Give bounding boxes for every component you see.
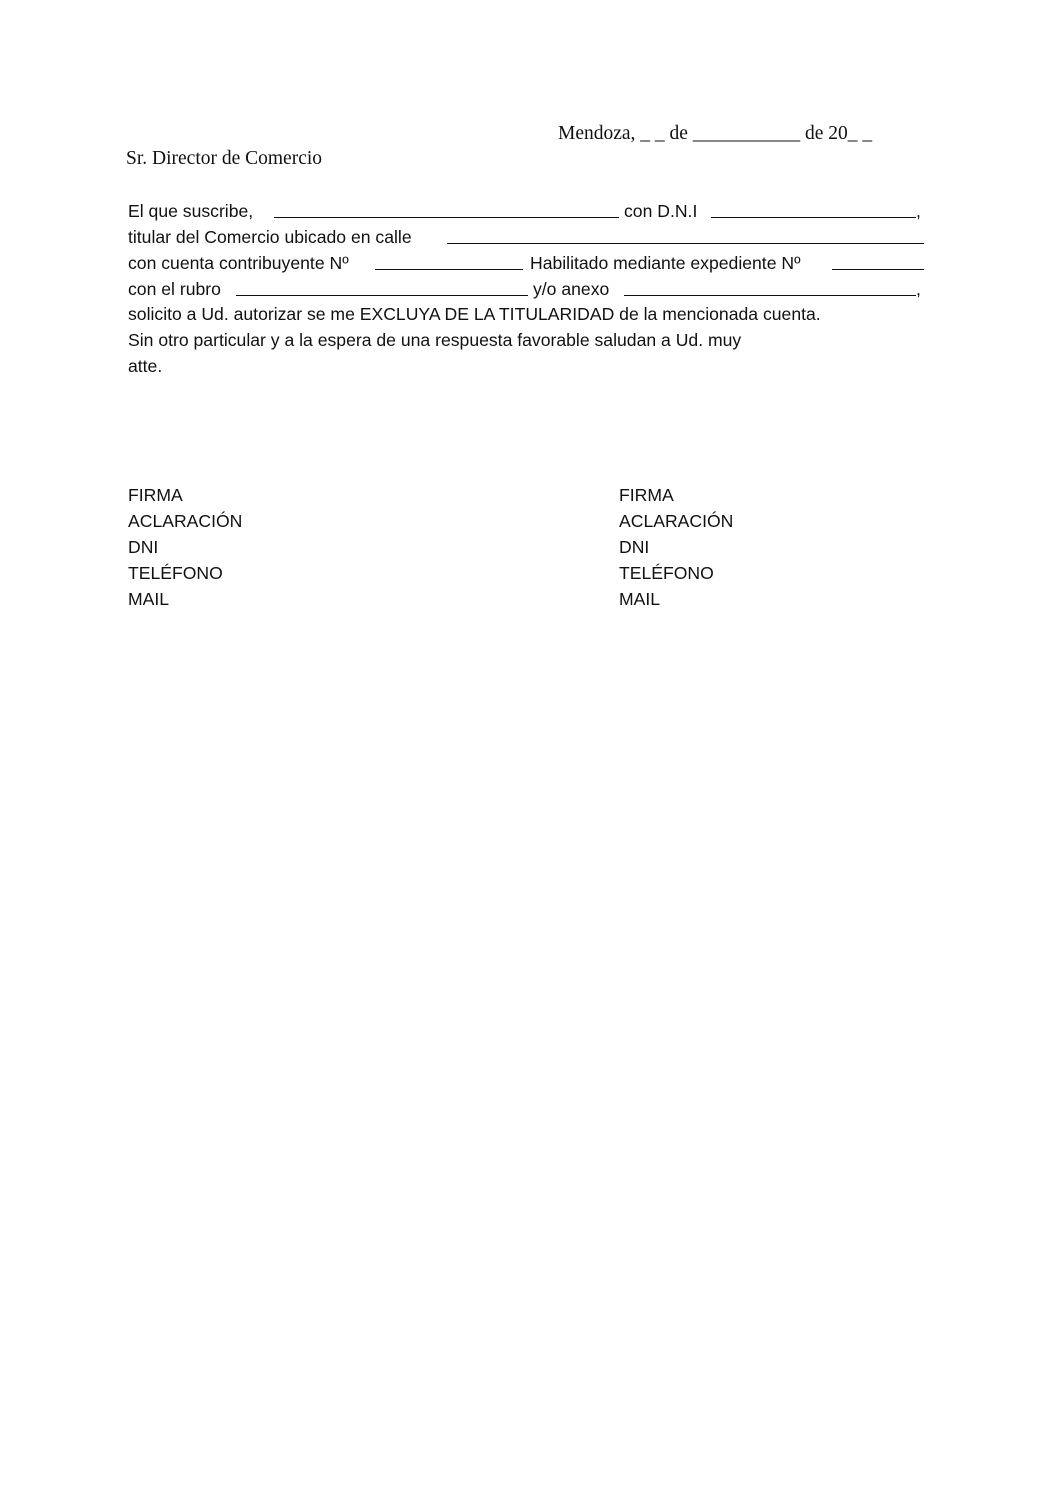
- signature-block-right: FIRMA ACLARACIÓN DNI TELÉFONO MAIL: [619, 483, 733, 613]
- account-blank-field[interactable]: [375, 253, 523, 270]
- document-page: Mendoza, _ _ de ___________ de 20_ _ Sr.…: [0, 0, 1059, 1499]
- body-line-7: atte.: [128, 356, 924, 376]
- suscribe-label: El que suscribe,: [128, 201, 253, 221]
- body-line-5: solicito a Ud. autorizar se me EXCLUYA D…: [128, 304, 924, 324]
- rubro-blank-field[interactable]: [236, 279, 528, 296]
- line1-comma: ,: [916, 201, 921, 221]
- date-line: Mendoza, _ _ de ___________ de 20_ _: [558, 124, 872, 144]
- line4-comma: ,: [916, 279, 921, 299]
- street-label: titular del Comercio ubicado en calle: [128, 227, 412, 247]
- mail-label: MAIL: [128, 587, 242, 613]
- firma-label: FIRMA: [128, 483, 242, 509]
- body-line-3: con cuenta contribuyente Nº Habilitado m…: [128, 253, 924, 273]
- name-blank-field[interactable]: [274, 201, 619, 218]
- account-label: con cuenta contribuyente Nº: [128, 253, 349, 273]
- dni-blank-field[interactable]: [711, 201, 916, 218]
- body-line-6: Sin otro particular y a la espera de una…: [128, 330, 924, 350]
- aclaracion-label: ACLARACIÓN: [128, 509, 242, 535]
- anexo-blank-field[interactable]: [624, 279, 916, 296]
- rubro-label: con el rubro: [128, 279, 221, 299]
- telefono-label: TELÉFONO: [619, 561, 733, 587]
- mail-label: MAIL: [619, 587, 733, 613]
- telefono-label: TELÉFONO: [128, 561, 242, 587]
- dni-label: con D.N.I: [624, 201, 697, 221]
- street-blank-field[interactable]: [447, 227, 924, 244]
- signature-block-left: FIRMA ACLARACIÓN DNI TELÉFONO MAIL: [128, 483, 242, 613]
- expediente-blank-field[interactable]: [832, 253, 924, 270]
- body-line-1: El que suscribe, con D.N.I ,: [128, 201, 924, 221]
- recipient-line: Sr. Director de Comercio: [126, 149, 322, 169]
- expediente-label: Habilitado mediante expediente Nº: [530, 253, 801, 273]
- anexo-label: y/o anexo: [533, 279, 609, 299]
- dni-label: DNI: [128, 535, 242, 561]
- body-line-2: titular del Comercio ubicado en calle: [128, 227, 924, 247]
- dni-label: DNI: [619, 535, 733, 561]
- aclaracion-label: ACLARACIÓN: [619, 509, 733, 535]
- body-line-4: con el rubro y/o anexo ,: [128, 279, 924, 299]
- firma-label: FIRMA: [619, 483, 733, 509]
